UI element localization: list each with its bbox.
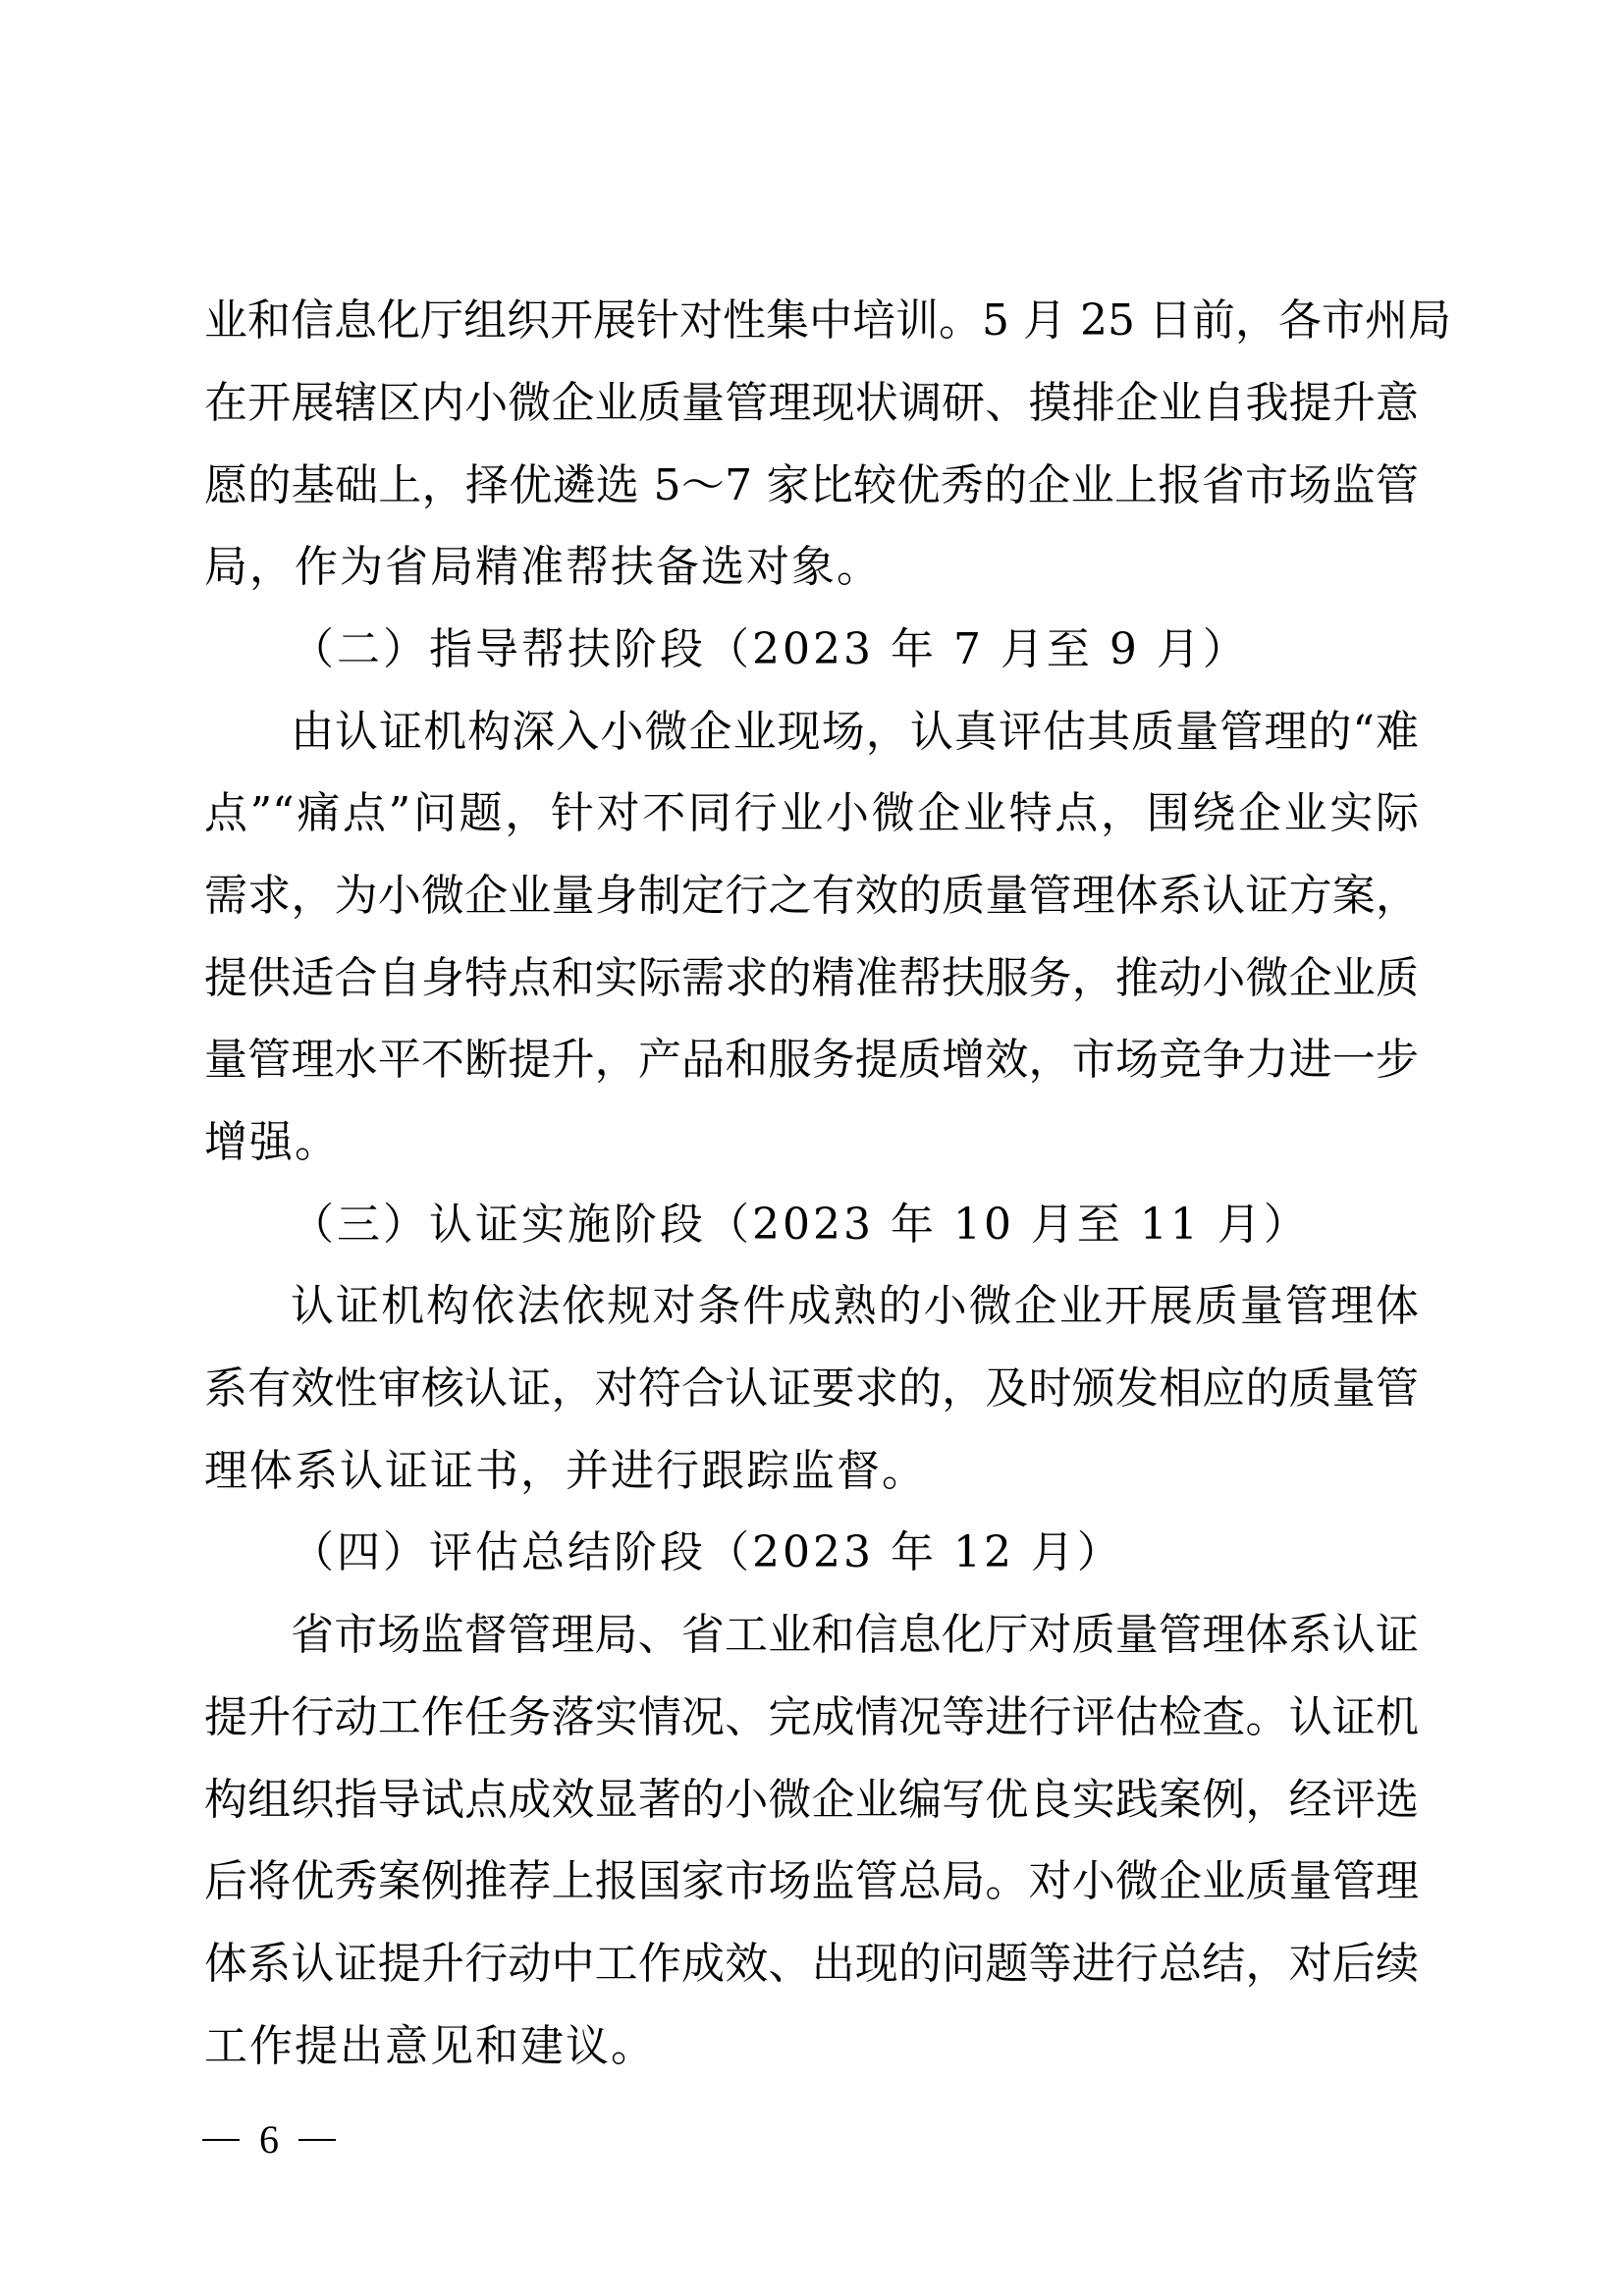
body-line: 系有效性审核认证，对符合认证要求的，及时颁发相应的质量管 (204, 1348, 1419, 1430)
page-number-dash-left (202, 2139, 240, 2141)
body-line: 量管理水平不断提升，产品和服务提质增效，市场竞争力进一步 (204, 1019, 1419, 1101)
body-line: 在开展辖区内小微企业质量管理现状调研、摸排企业自我提升意 (204, 362, 1419, 445)
body-line: 局，作为省局精准帮扶备选对象。 (204, 526, 1419, 609)
body-line: 需求，为小微企业量身制定行之有效的质量管理体系认证方案， (204, 855, 1419, 937)
document-page: 业和信息化厅组织开展针对性集中培训。5 月 25 日前，各市州局 在开展辖区内小… (0, 0, 1623, 2296)
body-line: 点”“痛点”问题，针对不同行业小微企业特点，围绕企业实际 (204, 773, 1419, 855)
body-line: 增强。 (204, 1101, 1419, 1184)
body-line: 业和信息化厅组织开展针对性集中培训。5 月 25 日前，各市州局 (204, 280, 1419, 362)
page-number-footer: 6 (202, 2116, 336, 2163)
body-line: 提升行动工作任务落实情况、完成情况等进行评估检查。认证机 (204, 1677, 1419, 1759)
paragraph-first-line: 由认证机构深入小微企业现场，认真评估其质量管理的“难 (291, 691, 1419, 774)
page-number-dash-right (298, 2139, 336, 2141)
section-heading-4: （四）评估总结阶段（2023 年 12 月） (291, 1512, 1419, 1594)
body-line: 构组织指导试点成效显著的小微企业编写优良实践案例，经评选 (204, 1759, 1419, 1842)
body-line: 体系认证提升行动中工作成效、出现的问题等进行总结，对后续 (204, 1923, 1419, 2005)
body-line: 提供适合自身特点和实际需求的精准帮扶服务，推动小微企业质 (204, 937, 1419, 1020)
paragraph-first-line: 省市场监督管理局、省工业和信息化厅对质量管理体系认证 (291, 1594, 1419, 1677)
paragraph-first-line: 认证机构依法依规对条件成熟的小微企业开展质量管理体 (291, 1265, 1419, 1348)
section-heading-3: （三）认证实施阶段（2023 年 10 月至 11 月） (291, 1184, 1419, 1266)
body-line: 后将优秀案例推荐上报国家市场监管总局。对小微企业质量管理 (204, 1841, 1419, 1923)
body-line: 理体系认证证书，并进行跟踪监督。 (204, 1430, 1419, 1513)
body-line: 愿的基础上，择优遴选 5～7 家比较优秀的企业上报省市场监管 (204, 445, 1419, 527)
section-heading-2: （二）指导帮扶阶段（2023 年 7 月至 9 月） (291, 609, 1419, 691)
page-number: 6 (259, 2116, 279, 2163)
body-line: 工作提出意见和建议。 (204, 2005, 1419, 2088)
